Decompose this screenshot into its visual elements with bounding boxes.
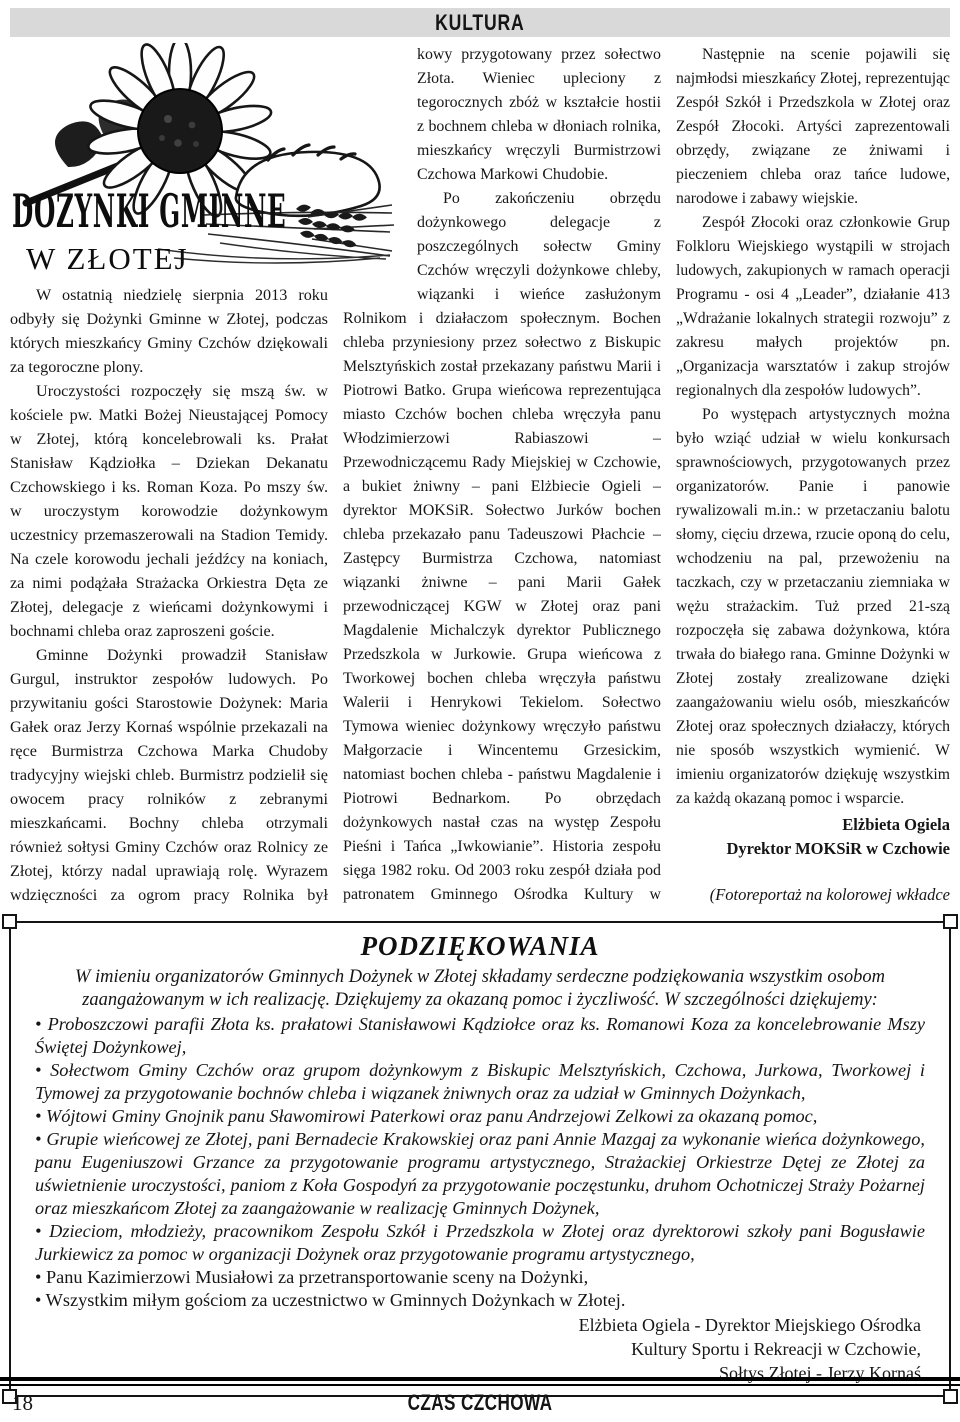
article-column-left: W ostatnią niedzielę sierpnia 2013 roku … <box>10 43 328 911</box>
box-corner-ornament <box>943 914 958 929</box>
article-paragraph: Gminne Dożynki prowadził Stanisław Gurgu… <box>10 643 328 911</box>
journal-title: CZAS CZCHOWA <box>408 1390 553 1416</box>
acknowledgement-item: Wójtowi Gminy Gnojnik panu Sławomirowi P… <box>35 1105 925 1128</box>
acknowledgements-list: Proboszczowi parafii Złota ks. prałatowi… <box>35 1013 925 1266</box>
acknowledgements-signature: Elżbieta Ogiela - Dyrektor Miejskiego Oś… <box>35 1313 925 1385</box>
article-paragraph: Po występach artystycznych można było wz… <box>676 403 950 811</box>
section-title: KULTURA <box>435 10 524 36</box>
section-header-bar: KULTURA <box>10 8 950 37</box>
editor-note: (Fotoreportaż na kolorowej wkładce wewną… <box>676 883 950 911</box>
article-column-right: Następnie na scenie pojawili się najmłod… <box>676 43 950 911</box>
article-paragraph: W ostatnią niedzielę sierpnia 2013 roku … <box>10 283 328 379</box>
article-paragraph: Po zakończeniu obrzędu dożynkowego deleg… <box>343 187 661 911</box>
article-signature-line: Dyrektor MOKSiR w Czchowie <box>676 837 950 861</box>
acknowledgement-item: Grupie wieńcowej ze Złotej, pani Bernade… <box>35 1128 925 1220</box>
box-corner-ornament <box>2 914 17 929</box>
acknowledgement-item: Proboszczowi parafii Złota ks. prałatowi… <box>35 1013 925 1059</box>
signature-line: Elżbieta Ogiela - Dyrektor Miejskiego Oś… <box>35 1313 921 1337</box>
article-signature-line: Elżbieta Ogiela <box>676 813 950 837</box>
acknowledgements-intro: W imieniu organizatorów Gminnych Dożynek… <box>50 966 910 1012</box>
acknowledgements-list-roman: Panu Kazimierzowi Musiałowi za przetrans… <box>35 1266 925 1312</box>
illustration-wrap-spacer <box>343 43 417 291</box>
article-signature: Elżbieta OgielaDyrektor MOKSiR w Czchowi… <box>676 813 950 861</box>
acknowledgement-item: Panu Kazimierzowi Musiałowi za przetrans… <box>35 1266 925 1289</box>
footer-rule <box>0 1377 960 1386</box>
page-number: 18 <box>12 1391 33 1416</box>
article-column-right-text: Następnie na scenie pojawili się najmłod… <box>676 43 950 811</box>
acknowledgements-title: PODZIĘKOWANIA <box>35 931 925 962</box>
article-column-middle: kowy przygotowany przez sołectwo Złota. … <box>343 43 661 911</box>
newsletter-page: KULTURA <box>0 0 960 1422</box>
page-footer: 18 CZAS CZCHOWA <box>0 1388 960 1418</box>
article-paragraph: Zespół Złocoki oraz członkowie Grup Folk… <box>676 211 950 403</box>
signature-line: Kultury Sportu i Rekreacji w Czchowie, <box>35 1337 921 1361</box>
acknowledgement-item: Dzieciom, młodzieży, pracownikom Zespołu… <box>35 1220 925 1266</box>
acknowledgement-item: Sołectwom Gminy Czchów oraz grupom dożyn… <box>35 1059 925 1105</box>
article-paragraph: Następnie na scenie pojawili się najmłod… <box>676 43 950 211</box>
article-paragraph: Uroczystości rozpoczęły się mszą św. w k… <box>10 379 328 643</box>
acknowledgement-item: Wszystkim miłym gościom za uczestnictwo … <box>35 1289 925 1312</box>
article: DOŻYNKI GMINNE W ZŁOTEJ W ostatnią niedz… <box>0 43 960 911</box>
acknowledgements-box: PODZIĘKOWANIA W imieniu organizatorów Gm… <box>9 921 951 1397</box>
